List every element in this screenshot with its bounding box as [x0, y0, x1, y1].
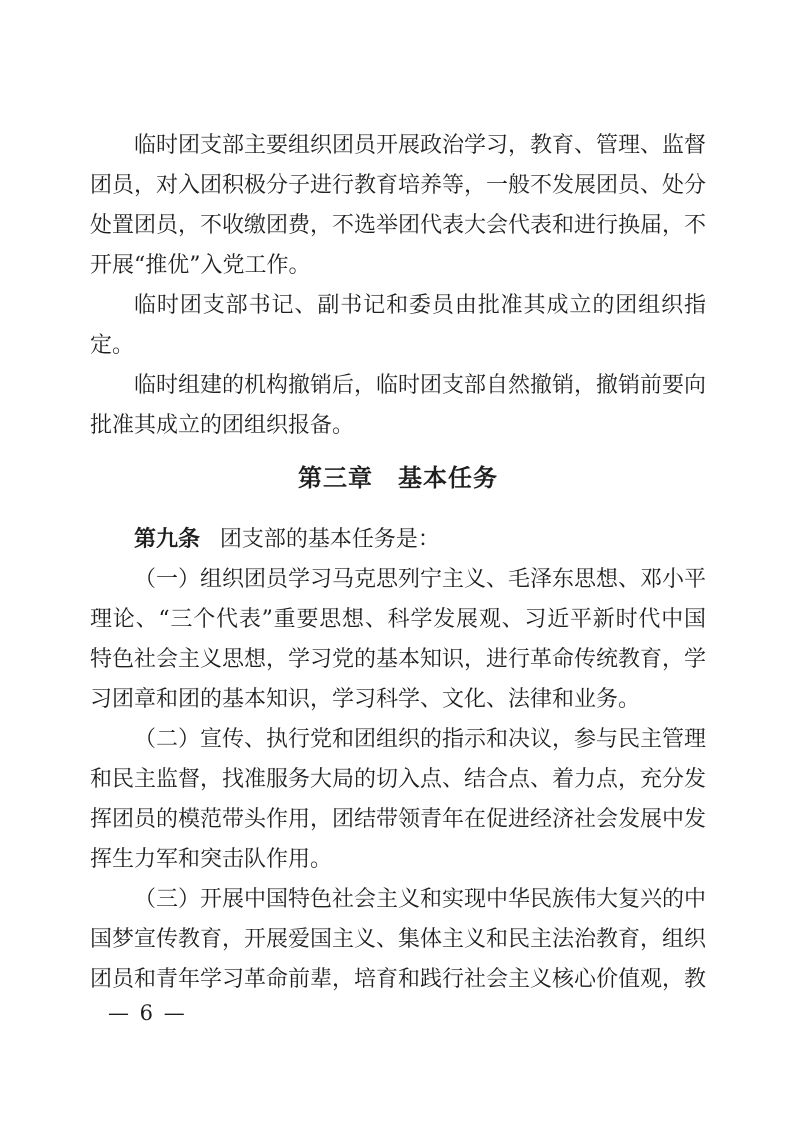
page-number: — 6 —	[108, 1000, 187, 1026]
paragraph-temporary-branch-dissolution: 临时组建的机构撤销后，临时团支部自然撤销，撤销前要向批准其成立的团组织报备。	[90, 366, 706, 446]
paragraph-task-item-3: （三）开展中国特色社会主义和实现中华民族伟大复兴的中国梦宣传教育，开展爱国主义、…	[90, 880, 706, 1000]
paragraph-article-nine: 第九条团支部的基本任务是：	[90, 519, 706, 560]
paragraph-temporary-branch-duties: 临时团支部主要组织团员开展政治学习，教育、管理、监督团员，对入团积极分子进行教育…	[90, 126, 706, 286]
paragraph-temporary-branch-appointment: 临时团支部书记、副书记和委员由批准其成立的团组织指定。	[90, 286, 706, 366]
article-number-label: 第九条	[134, 526, 200, 552]
article-intro-text: 团支部的基本任务是：	[220, 527, 440, 552]
chapter-heading: 第三章 基本任务	[90, 458, 706, 498]
document-page: 临时团支部主要组织团员开展政治学习，教育、管理、监督团员，对入团积极分子进行教育…	[0, 0, 793, 1122]
paragraph-task-item-1: （一）组织团员学习马克思列宁主义、毛泽东思想、邓小平理论、“三个代表”重要思想、…	[90, 560, 706, 720]
paragraph-task-item-2: （二）宣传、执行党和团组织的指示和决议，参与民主管理和民主监督，找准服务大局的切…	[90, 720, 706, 880]
document-body: 临时团支部主要组织团员开展政治学习，教育、管理、监督团员，对入团积极分子进行教育…	[90, 126, 706, 1000]
